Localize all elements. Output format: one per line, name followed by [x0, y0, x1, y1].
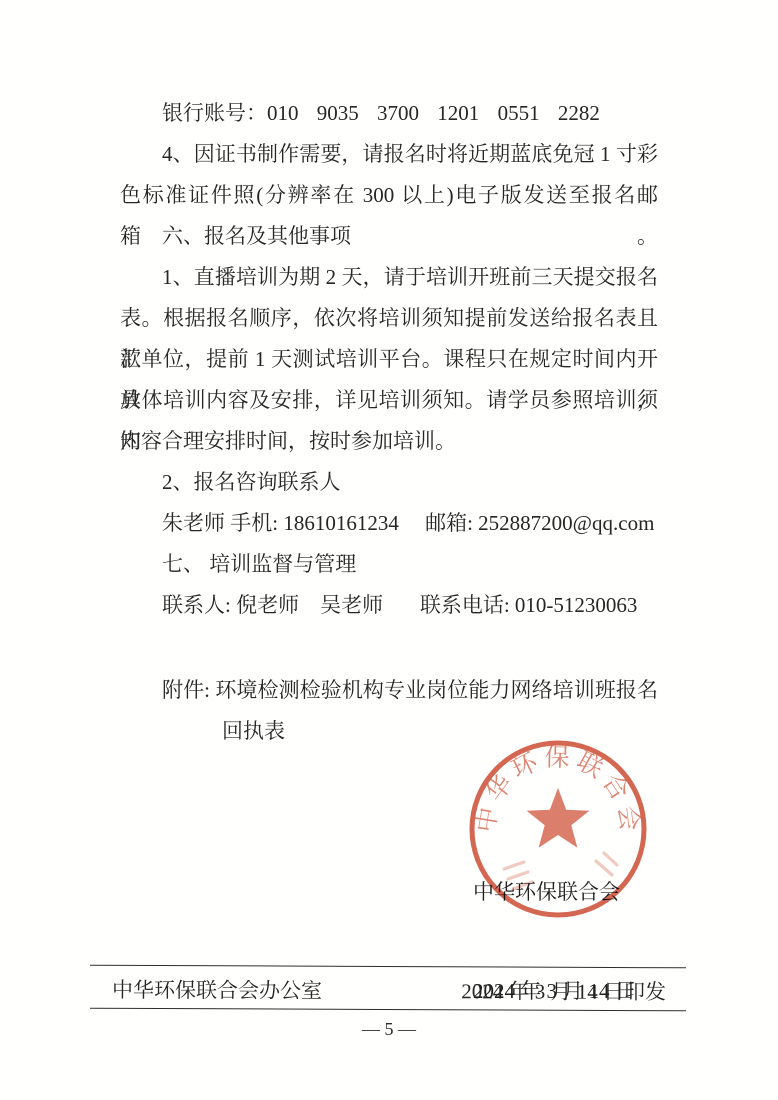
document-line: 4、因证书制作需要，请报名时将近期蓝底免冠 1 寸彩	[120, 134, 658, 175]
document-line: 附件: 环境检测检验机构专业岗位能力网络培训班报名	[120, 670, 658, 711]
signature-date: 2024 年 3 月 14 日	[473, 975, 636, 1008]
document-line: 回执表	[120, 711, 658, 752]
document-page: 银行账号：010 9035 3700 1201 0551 22824、因证书制作…	[0, 0, 778, 1100]
signature-org: 中华环保联合会	[473, 876, 636, 909]
document-line: 色标准证件照(分辨率在 300 以上)电子版发送至报名邮箱。	[120, 175, 658, 216]
document-line: 表。根据报名顺序，依次将培训须知提前发送给报名表且汇	[120, 298, 658, 339]
document-line: 银行账号：010 9035 3700 1201 0551 2282	[120, 93, 658, 134]
document-line: 朱老师 手机: 18610161234 邮箱: 252887200@qq.com	[120, 503, 658, 544]
document-line: 内容合理安排时间，按时参加培训。	[120, 421, 658, 462]
footer-office: 中华环保联合会办公室	[112, 973, 322, 1008]
signature-block: 中华环保联合会 2024 年 3 月 14 日	[473, 810, 636, 1074]
document-line: 1、直播培训为期 2 天，请于培训开班前三天提交报名	[120, 257, 658, 298]
document-line: 七、 培训监督与管理	[120, 544, 658, 585]
document-line: 2、报名咨询联系人	[120, 462, 658, 503]
document-line: 联系人: 倪老师 吴老师 联系电话: 010-51230063	[120, 585, 658, 626]
document-body: 银行账号：010 9035 3700 1201 0551 22824、因证书制作…	[0, 0, 778, 752]
document-line: 款单位，提前 1 天测试培训平台。课程只在规定时间内开放，	[120, 339, 658, 380]
page-number: — 5 —	[0, 1017, 778, 1041]
document-line: 具体培训内容及安排，详见培训须知。请学员参照培训须知	[120, 380, 658, 421]
